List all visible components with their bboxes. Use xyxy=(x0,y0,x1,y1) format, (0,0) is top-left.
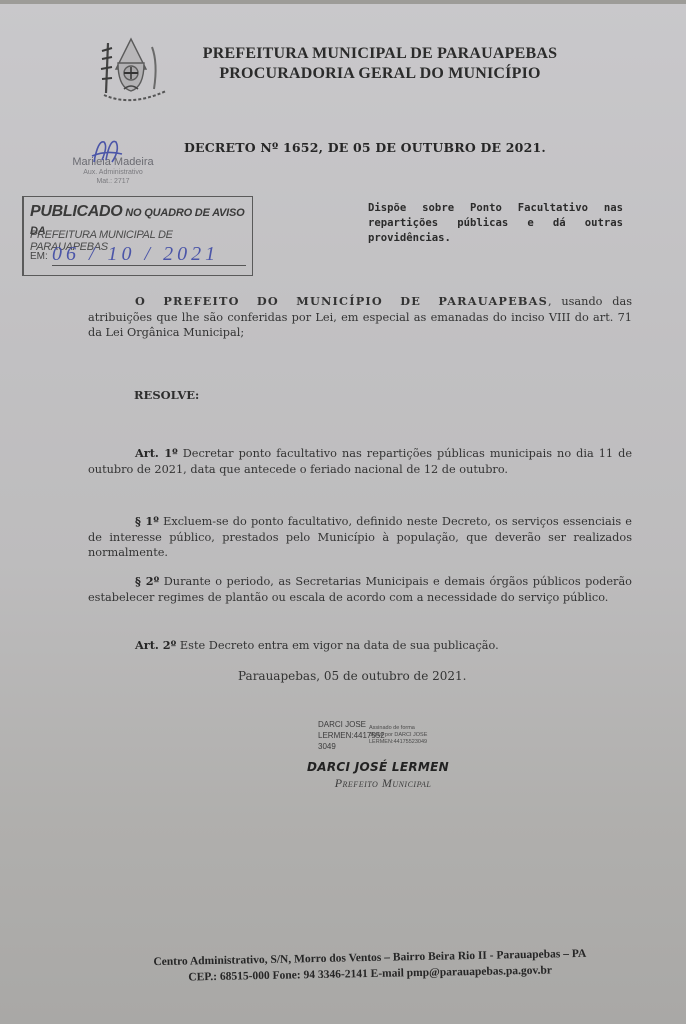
resolve-heading: RESOLVE: xyxy=(134,388,199,404)
article-2-text: Este Decreto entra em vigor na data de s… xyxy=(176,639,498,652)
paragraph-1-label: § 1º xyxy=(135,514,159,528)
decree-title: DECRETO Nº 1652, DE 05 DE OUTUBRO DE 202… xyxy=(184,140,546,155)
stamp-em-label: EM: xyxy=(30,251,48,262)
org-department: PROCURADORIA GERAL DO MUNICÍPIO xyxy=(200,64,560,84)
handwritten-initials-icon xyxy=(88,136,124,166)
paragraph-2: § 2º Durante o periodo, as Secretarias M… xyxy=(88,574,632,605)
digital-signature-note: Assinado de forma digital por DARCI JOSE… xyxy=(369,725,427,746)
paper-top-edge xyxy=(0,0,686,4)
article-2-label: Art. 2º xyxy=(135,638,176,652)
article-1-label: Art. 1º xyxy=(135,446,178,460)
paragraph-2-text: Durante o periodo, as Secretarias Munici… xyxy=(88,575,632,604)
place-and-date: Parauapebas, 05 de outubro de 2021. xyxy=(238,669,466,685)
clerk-registration: Mat.: 2717 xyxy=(58,177,168,186)
dsig-right-line-1: Assinado de forma xyxy=(369,725,427,732)
dsig-right-line-2: digital por DARCI JOSE xyxy=(369,732,427,739)
dsig-right-line-3: LERMEN:44175523049 xyxy=(369,739,427,746)
signer-name: DARCI JOSÉ LERMEN xyxy=(288,760,468,774)
organization-header: PREFEITURA MUNICIPAL DE PARAUAPEBAS PROC… xyxy=(200,44,560,84)
paragraph-1: § 1º Excluem-se do ponto facultativo, de… xyxy=(88,514,632,561)
stamp-date: 06 / 10 / 2021 xyxy=(52,243,246,266)
initials-block: Marileia Madeira Aux. Administrativo Mat… xyxy=(58,142,168,186)
preamble-paragraph: O PREFEITO DO MUNICÍPIO DE PARAUAPEBAS, … xyxy=(88,294,632,341)
org-name: PREFEITURA MUNICIPAL DE PARAUAPEBAS xyxy=(200,44,560,64)
signer-role: Prefeito Municipal xyxy=(288,776,478,791)
article-1: Art. 1º Decretar ponto facultativo nas r… xyxy=(88,446,632,477)
decree-summary: Dispõe sobre Ponto Facultativo nas repar… xyxy=(368,201,623,246)
paragraph-1-text: Excluem-se do ponto facultativo, definid… xyxy=(88,515,632,559)
footer-address: Centro Administrativo, S/N, Morro dos Ve… xyxy=(110,945,631,987)
clerk-role: Aux. Administrativo xyxy=(58,168,168,177)
coat-of-arms-icon xyxy=(88,33,174,107)
stamp-published: PUBLICADO xyxy=(30,203,122,220)
publication-stamp: PUBLICADO NO QUADRO DE AVISO DA PREFEITU… xyxy=(22,196,253,276)
article-2: Art. 2º Este Decreto entra em vigor na d… xyxy=(88,638,632,654)
paragraph-2-label: § 2º xyxy=(135,574,159,588)
preamble-lead: O PREFEITO DO MUNICÍPIO DE PARAUAPEBAS xyxy=(135,294,548,308)
